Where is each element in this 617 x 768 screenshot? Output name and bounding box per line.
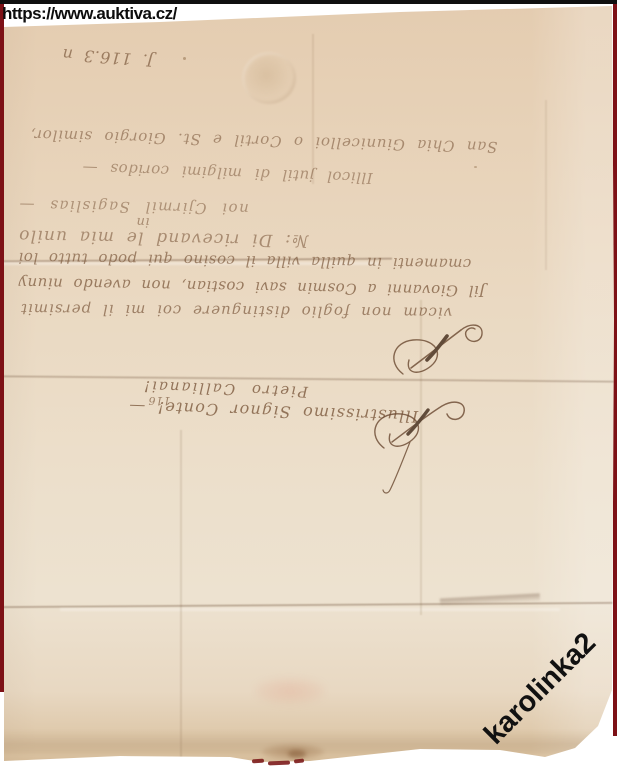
fold-crease-middle <box>0 375 617 382</box>
wax-seal-remnant <box>268 761 290 766</box>
scan-left-red-edge <box>0 4 4 692</box>
handwriting-line: noi Cjirmil Sagislias — <box>18 196 249 218</box>
handwriting-line: Jil Giovanni a Cosmin savi costian, non … <box>18 274 486 300</box>
swirl-initial-icon <box>362 396 480 496</box>
wax-seal-remnant <box>252 759 264 764</box>
handwriting-line: Illicol jutil di milgimi coridos — <box>82 159 373 187</box>
handwriting-number: 116 <box>148 394 171 407</box>
handwriting-line: №: Di ricevand le mia unilo <box>18 225 309 250</box>
handwriting-line: San Chia Giunicelloi o Cortil e St. Gior… <box>30 126 498 156</box>
ink-speck <box>183 57 186 60</box>
auction-url-watermark: https://www.auktiva.cz/ <box>2 3 177 24</box>
brown-stain-core <box>288 750 306 758</box>
fold-highlight-lower <box>60 608 560 611</box>
handwriting-line: cmamenti in quilla villa il cosino qui p… <box>18 249 472 273</box>
vertical-crease-upper <box>312 34 314 184</box>
embossed-seal <box>242 52 296 104</box>
vertical-crease-right <box>545 100 547 270</box>
pink-stain <box>255 678 325 704</box>
ink-speck <box>474 166 477 168</box>
vertical-crease-left <box>180 430 182 760</box>
handwriting-docket: J. 116.3 n <box>61 45 154 70</box>
letter-sheet: J. 116.3 n in San Chia Giunicelloi o Cor… <box>0 0 617 768</box>
scanned-letter-photo: J. 116.3 n in San Chia Giunicelloi o Cor… <box>0 0 617 768</box>
swirl-initial-icon <box>383 316 498 382</box>
wax-seal-remnant <box>294 758 304 763</box>
